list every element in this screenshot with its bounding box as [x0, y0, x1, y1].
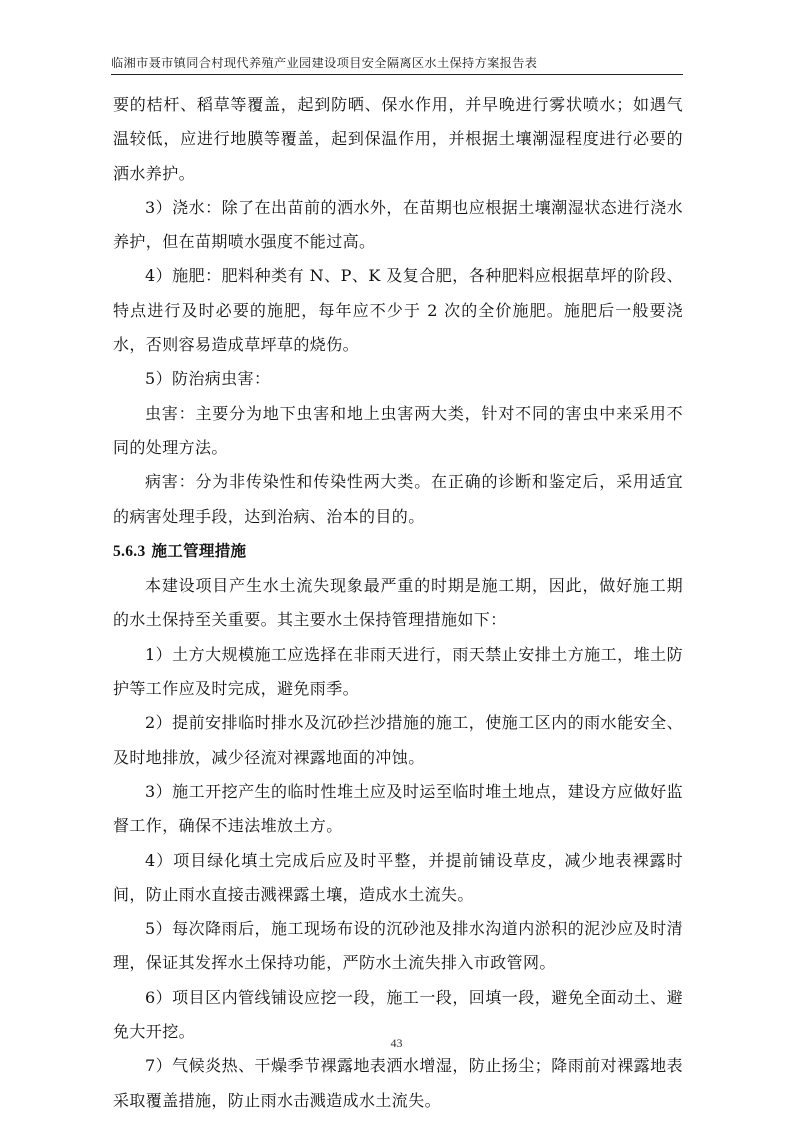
paragraph-measure-5: 5）每次降雨后，施工现场布设的沉砂池及排水沟道内淤积的泥沙应及时清理，保证其发挥…: [113, 912, 683, 981]
paragraph-intro: 本建设项目产生水土流失现象最严重的时期是施工期，因此，做好施工期的水土保持至关重…: [113, 569, 683, 638]
paragraph-pest-control-title: 5）防治病虫害：: [113, 362, 683, 396]
document-body: 要的桔杆、稻草等覆盖，起到防晒、保水作用，并早晚进行雾状喷水；如遇气温较低，应进…: [113, 88, 683, 1118]
paragraph-measure-4: 4）项目绿化填土完成后应及时平整，并提前铺设草皮，减少地表裸露时间，防止雨水直接…: [113, 844, 683, 913]
paragraph-fertilizing: 4）施肥：肥料种类有 N、P、K 及复合肥，各种肥料应根据草坪的阶段、特点进行及…: [113, 259, 683, 362]
section-title: 施工管理措施: [152, 542, 247, 560]
page-number: 43: [0, 1036, 793, 1051]
paragraph-continuation: 要的桔杆、稻草等覆盖，起到防晒、保水作用，并早晚进行雾状喷水；如遇气温较低，应进…: [113, 88, 683, 191]
paragraph-diseases: 病害：分为非传染性和传染性两大类。在正确的诊断和鉴定后，采用适宜的病害处理手段，…: [113, 465, 683, 534]
section-heading: 5.6.3施工管理措施: [113, 534, 683, 569]
paragraph-insect-pests: 虫害：主要分为地下虫害和地上虫害两大类，针对不同的害虫中来采用不同的处理方法。: [113, 397, 683, 466]
paragraph-measure-2: 2）提前安排临时排水及沉砂拦沙措施的施工，使施工区内的雨水能安全、及时地排放，减…: [113, 706, 683, 775]
section-number: 5.6.3: [113, 543, 146, 560]
paragraph-measure-3: 3）施工开挖产生的临时性堆土应及时运至临时堆土地点，建设方应做好监督工作，确保不…: [113, 775, 683, 844]
paragraph-measure-1: 1）土方大规模施工应选择在非雨天进行，雨天禁止安排土方施工，堆土防护等工作应及时…: [113, 638, 683, 707]
page-header: 临湘市聂市镇同合村现代养殖产业园建设项目安全隔离区水土保持方案报告表: [111, 55, 683, 75]
paragraph-measure-7: 7）气候炎热、干燥季节裸露地表洒水增湿，防止扬尘；降雨前对裸露地表采取覆盖措施，…: [113, 1049, 683, 1118]
paragraph-watering: 3）浇水：除了在出苗前的洒水外，在苗期也应根据土壤潮湿状态进行浇水养护，但在苗期…: [113, 191, 683, 260]
document-title: 临湘市聂市镇同合村现代养殖产业园建设项目安全隔离区水土保持方案报告表: [111, 56, 537, 70]
